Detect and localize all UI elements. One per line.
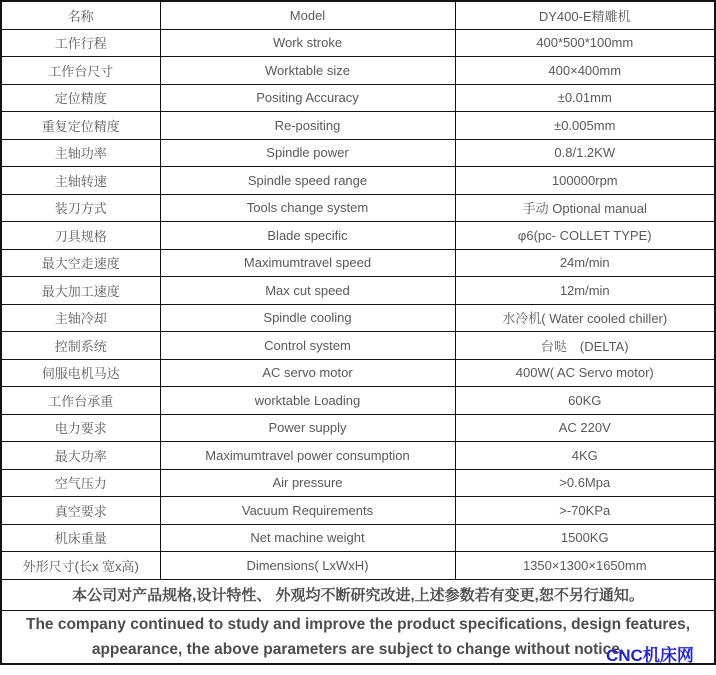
cell-value: 手动 Optional manual	[455, 194, 715, 222]
table-row: 重复定位精度Re-positing±0.005mm	[1, 112, 715, 140]
cell-name-cn: 名称	[1, 1, 160, 29]
cell-value: 400×400mm	[455, 57, 715, 85]
cell-value: 水冷机( Water cooled chiller)	[455, 304, 715, 332]
table-row: 工作台承重worktable Loading60KG	[1, 387, 715, 415]
cell-label-en: Power supply	[160, 414, 455, 442]
cell-value: ±0.01mm	[455, 84, 715, 112]
table-row: 控制系统Control system台哒 (DELTA)	[1, 332, 715, 360]
cell-name-cn: 最大功率	[1, 442, 160, 470]
cell-label-en: Spindle power	[160, 139, 455, 167]
cell-label-en: Blade specific	[160, 222, 455, 250]
table-row: 名称ModelDY400-E精雕机	[1, 1, 715, 29]
cell-value: AC 220V	[455, 414, 715, 442]
cell-name-cn: 装刀方式	[1, 194, 160, 222]
table-row: 工作台尺寸Worktable size400×400mm	[1, 57, 715, 85]
table-row: 主轴转速Spindle speed range100000rpm	[1, 167, 715, 195]
note-row-chinese: 本公司对产品规格,设计特性、 外观均不断研究改进,上述参数若有变更,恕不另行通知…	[1, 579, 715, 610]
cell-name-cn: 定位精度	[1, 84, 160, 112]
cell-value: 12m/min	[455, 277, 715, 305]
cell-value: 400*500*100mm	[455, 29, 715, 57]
cell-name-cn: 主轴功率	[1, 139, 160, 167]
table-row: 主轴功率Spindle power0.8/1.2KW	[1, 139, 715, 167]
cell-name-cn: 工作行程	[1, 29, 160, 57]
cell-name-cn: 伺服电机马达	[1, 359, 160, 387]
cell-name-cn: 工作台承重	[1, 387, 160, 415]
cell-name-cn: 最大加工速度	[1, 277, 160, 305]
table-row: 工作行程Work stroke400*500*100mm	[1, 29, 715, 57]
cell-value: 60KG	[455, 387, 715, 415]
cell-name-cn: 主轴转速	[1, 167, 160, 195]
cell-label-en: Maximumtravel speed	[160, 249, 455, 277]
cell-value: φ6(pc- COLLET TYPE)	[455, 222, 715, 250]
cell-label-en: Tools change system	[160, 194, 455, 222]
cell-label-en: Positing Accuracy	[160, 84, 455, 112]
cell-value: >0.6Mpa	[455, 469, 715, 497]
table-row: 空气压力Air pressure>0.6Mpa	[1, 469, 715, 497]
table-row: 最大加工速度Max cut speed12m/min	[1, 277, 715, 305]
cell-value: DY400-E精雕机	[455, 1, 715, 29]
cell-name-cn: 最大空走速度	[1, 249, 160, 277]
cell-name-cn: 主轴冷却	[1, 304, 160, 332]
table-row: 最大功率Maximumtravel power consumption4KG	[1, 442, 715, 470]
table-row: 机床重量Net machine weight1500KG	[1, 524, 715, 552]
cell-name-cn: 电力要求	[1, 414, 160, 442]
table-row: 装刀方式Tools change system手动 Optional manua…	[1, 194, 715, 222]
cell-label-en: Maximumtravel power consumption	[160, 442, 455, 470]
table-row: 定位精度Positing Accuracy±0.01mm	[1, 84, 715, 112]
cell-label-en: AC servo motor	[160, 359, 455, 387]
note-english-text: The company continued to study and impro…	[1, 610, 715, 664]
spec-table-footer: 本公司对产品规格,设计特性、 外观均不断研究改进,上述参数若有变更,恕不另行通知…	[1, 579, 715, 664]
table-row: 最大空走速度Maximumtravel speed24m/min	[1, 249, 715, 277]
cell-name-cn: 控制系统	[1, 332, 160, 360]
cell-label-en: Spindle speed range	[160, 167, 455, 195]
note-row-english: The company continued to study and impro…	[1, 610, 715, 664]
cell-value: 0.8/1.2KW	[455, 139, 715, 167]
spec-table: 名称ModelDY400-E精雕机工作行程Work stroke400*500*…	[0, 0, 716, 665]
cell-label-en: Spindle cooling	[160, 304, 455, 332]
table-row: 刀具规格Blade specificφ6(pc- COLLET TYPE)	[1, 222, 715, 250]
cell-name-cn: 空气压力	[1, 469, 160, 497]
table-row: 伺服电机马达AC servo motor400W( AC Servo motor…	[1, 359, 715, 387]
cell-name-cn: 工作台尺寸	[1, 57, 160, 85]
table-row: 外形尺寸(长x 宽x高)Dimensions( LxWxH)1350×1300×…	[1, 552, 715, 580]
cell-label-en: Dimensions( LxWxH)	[160, 552, 455, 580]
cell-value: 400W( AC Servo motor)	[455, 359, 715, 387]
spec-table-body: 名称ModelDY400-E精雕机工作行程Work stroke400*500*…	[1, 1, 715, 579]
table-row: 主轴冷却Spindle cooling水冷机( Water cooled chi…	[1, 304, 715, 332]
cell-name-cn: 重复定位精度	[1, 112, 160, 140]
cell-value: 100000rpm	[455, 167, 715, 195]
cell-label-en: Max cut speed	[160, 277, 455, 305]
cell-value: ±0.005mm	[455, 112, 715, 140]
table-row: 电力要求Power supplyAC 220V	[1, 414, 715, 442]
cell-name-cn: 刀具规格	[1, 222, 160, 250]
spec-sheet-page: 名称ModelDY400-E精雕机工作行程Work stroke400*500*…	[0, 0, 716, 675]
table-row: 真空要求Vacuum Requirements>-70KPa	[1, 497, 715, 525]
cell-label-en: Vacuum Requirements	[160, 497, 455, 525]
cell-value: 24m/min	[455, 249, 715, 277]
cell-value: 1350×1300×1650mm	[455, 552, 715, 580]
cell-label-en: Air pressure	[160, 469, 455, 497]
cell-label-en: worktable Loading	[160, 387, 455, 415]
cell-label-en: Re-positing	[160, 112, 455, 140]
note-chinese-text: 本公司对产品规格,设计特性、 外观均不断研究改进,上述参数若有变更,恕不另行通知…	[1, 579, 715, 610]
cell-label-en: Work stroke	[160, 29, 455, 57]
cell-value: >-70KPa	[455, 497, 715, 525]
cell-value: 1500KG	[455, 524, 715, 552]
cell-label-en: Worktable size	[160, 57, 455, 85]
cell-label-en: Net machine weight	[160, 524, 455, 552]
cell-name-cn: 机床重量	[1, 524, 160, 552]
cell-value: 台哒 (DELTA)	[455, 332, 715, 360]
cell-label-en: Model	[160, 1, 455, 29]
cell-value: 4KG	[455, 442, 715, 470]
cell-name-cn: 真空要求	[1, 497, 160, 525]
cell-label-en: Control system	[160, 332, 455, 360]
cell-name-cn: 外形尺寸(长x 宽x高)	[1, 552, 160, 580]
